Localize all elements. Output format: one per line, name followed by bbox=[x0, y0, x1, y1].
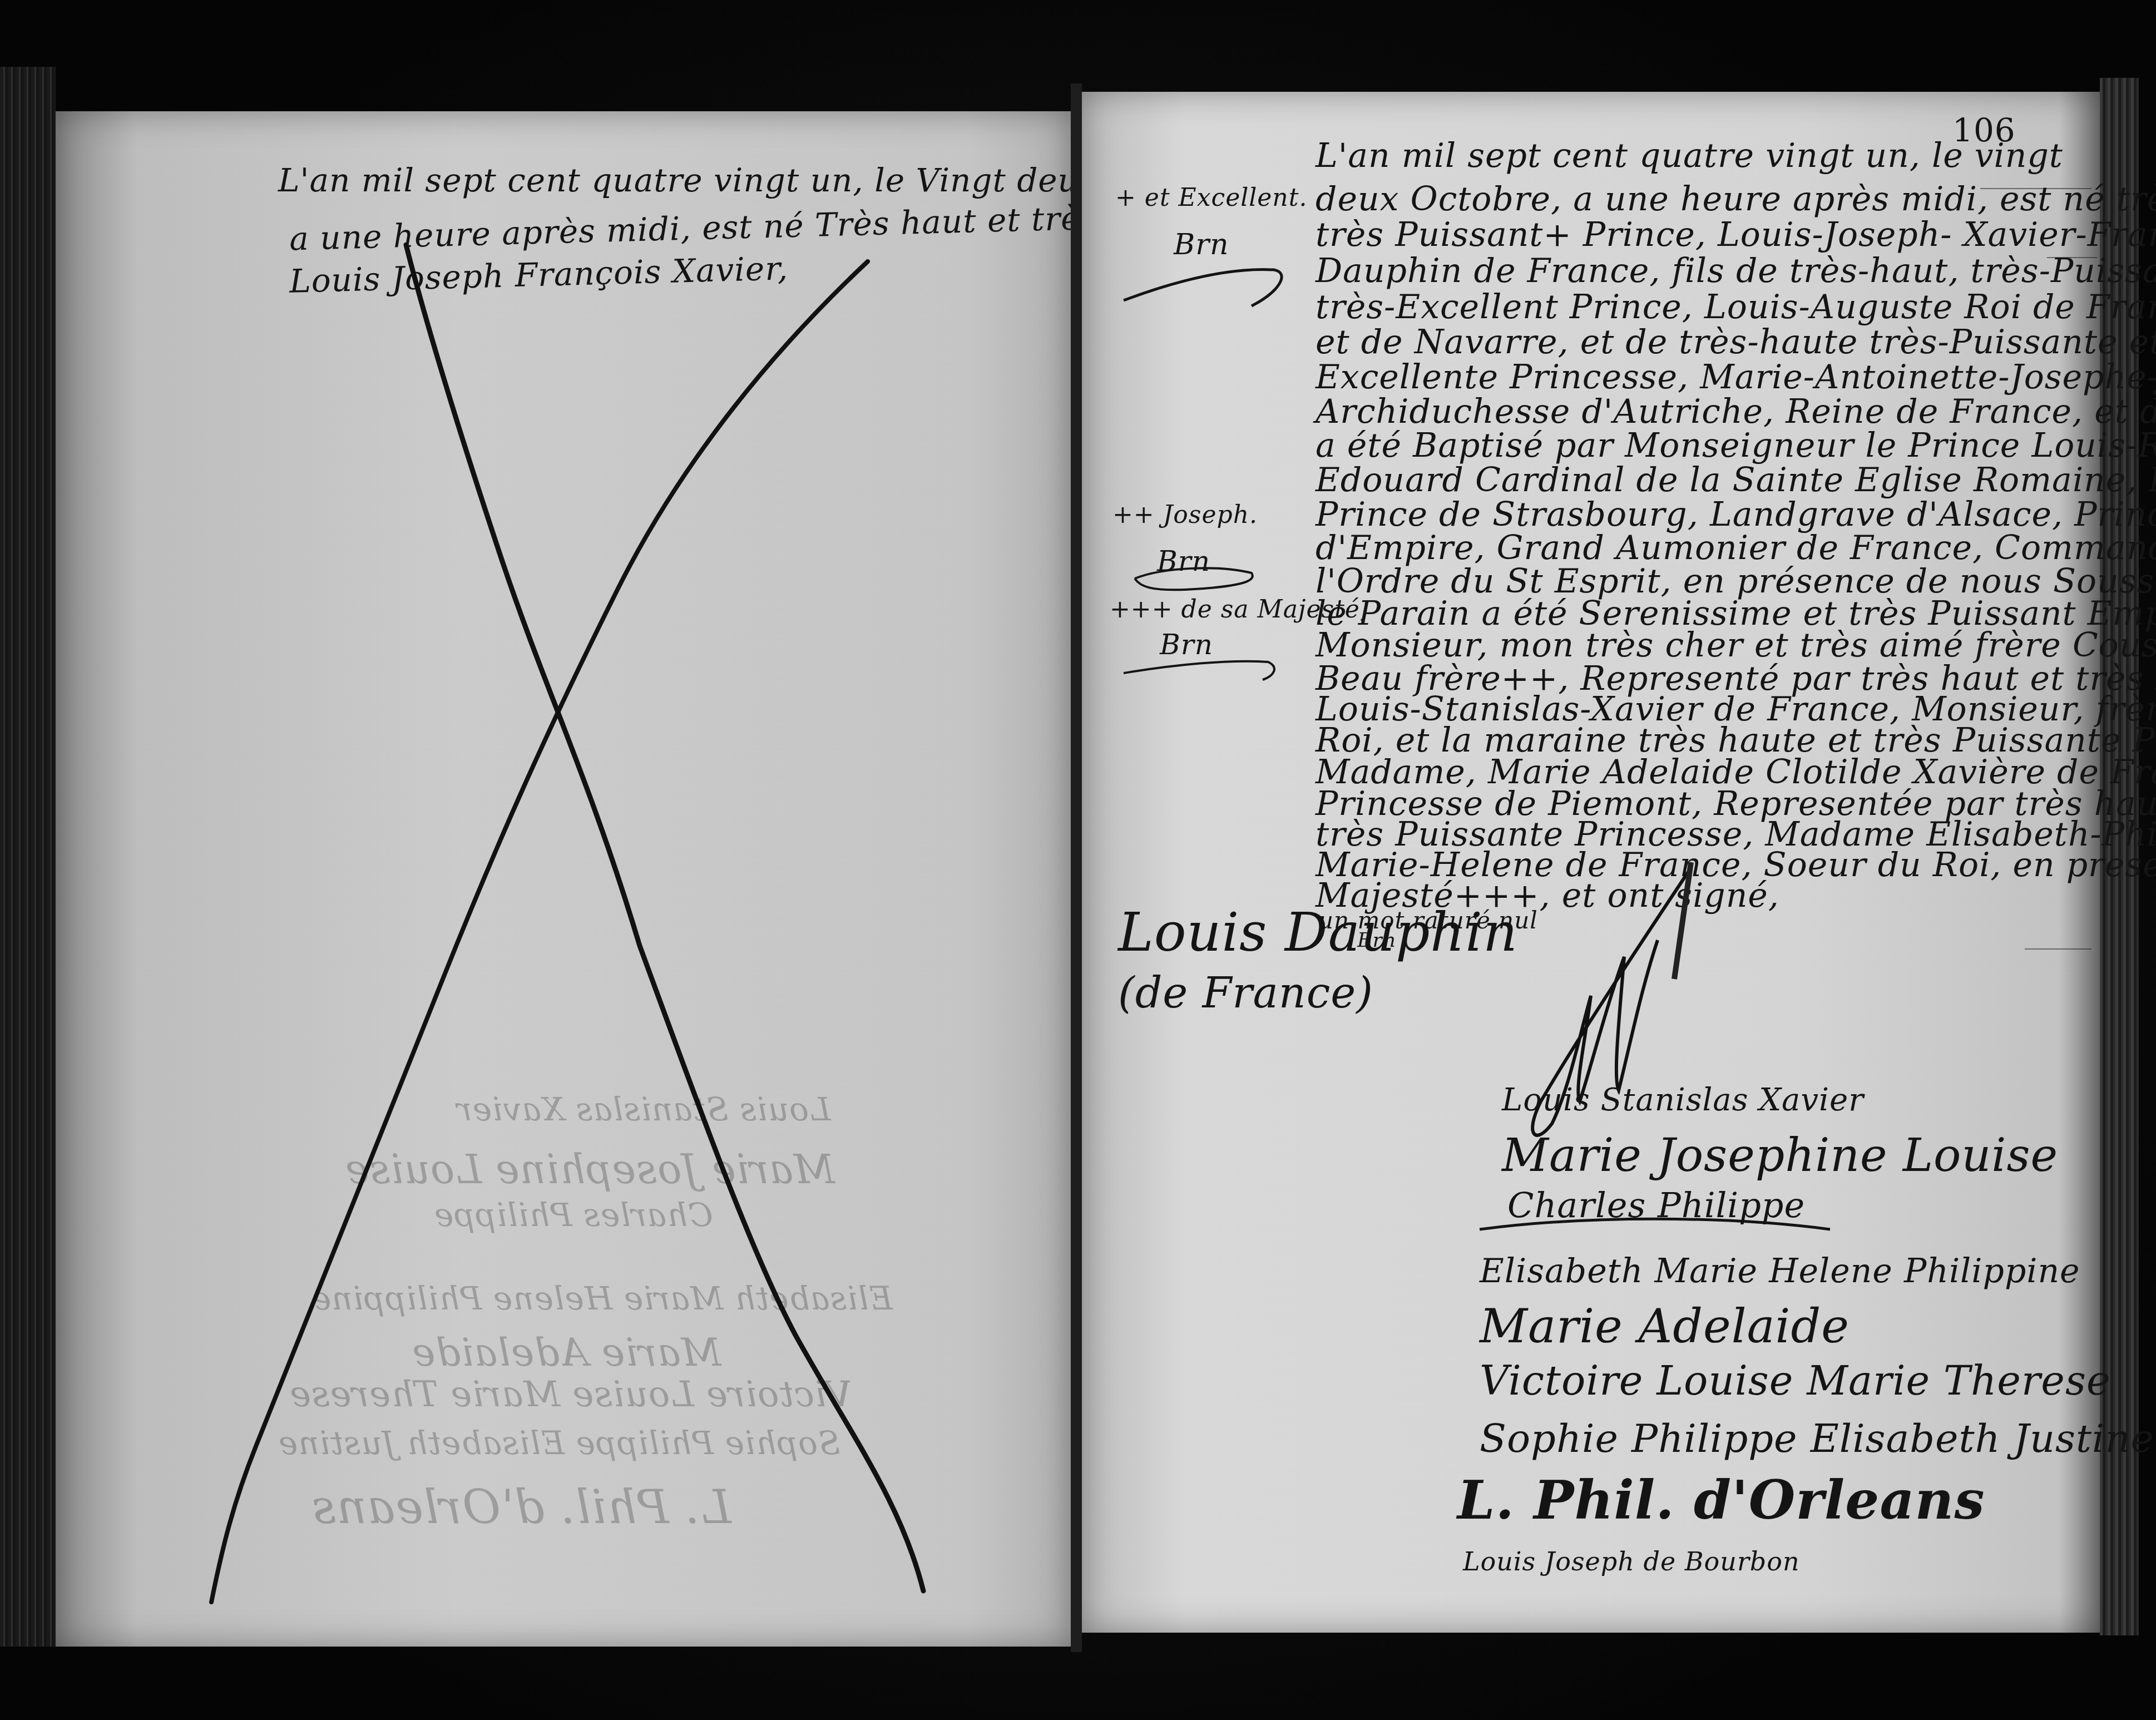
signature-underline bbox=[1474, 1207, 1852, 1240]
paraph-flourish bbox=[1129, 556, 1263, 601]
signature-louis-joseph-de-bourbon: Louis Joseph de Bourbon bbox=[1463, 1546, 1800, 1576]
signature-orleans: L. Phil. d'Orleans bbox=[1457, 1469, 1985, 1531]
record-line: très-Excellent Prince, Louis-Auguste Roi… bbox=[1316, 288, 2156, 327]
signature-de-france: (de France) bbox=[1118, 968, 1373, 1017]
signature-sophie: Sophie Philippe Elisabeth Justine bbox=[1480, 1416, 2154, 1461]
paraph-flourish bbox=[1112, 239, 1296, 312]
margin-note: + et Excellent. bbox=[1115, 184, 1307, 212]
signature-marie-adelaide: Marie Adelaide bbox=[1480, 1299, 1850, 1353]
signature-marie-josephine-louise: Marie Josephine Louise bbox=[1502, 1129, 2058, 1182]
record-line: Dauphin de France, fils de très-haut, tr… bbox=[1316, 251, 2156, 290]
record-line: Excellente Princesse, Marie-Antoinette-J… bbox=[1316, 358, 2156, 397]
signature-victoire: Victoire Louise Marie Therese bbox=[1480, 1357, 2111, 1404]
record-line: Archiduchesse d'Autriche, Reine de Franc… bbox=[1316, 392, 2156, 431]
record-line: a été Baptisé par Monseigneur le Prince … bbox=[1316, 426, 2156, 465]
line-filler-rule bbox=[2025, 948, 2091, 950]
signature-louis-stanislas-xavier: Louis Stanislas Xavier bbox=[1502, 1082, 1864, 1118]
margin-note: ++ Joseph. bbox=[1112, 501, 1258, 529]
record-line: deux Octobre, a une heure après midi, es… bbox=[1316, 180, 2156, 219]
record-line: Edouard Cardinal de la Sainte Eglise Rom… bbox=[1316, 461, 2156, 500]
record-line: très Puissant+ Prince, Louis-Joseph- Xav… bbox=[1316, 215, 2156, 254]
record-line: L'an mil sept cent quatre vingt un, le v… bbox=[1316, 136, 2063, 175]
book-spine bbox=[1071, 83, 1082, 1652]
signature-elisabeth: Elisabeth Marie Helene Philippine bbox=[1480, 1252, 2080, 1291]
record-line: et de Navarre, et de très-haute très-Pui… bbox=[1316, 323, 2156, 362]
paraph-flourish bbox=[1118, 640, 1285, 684]
